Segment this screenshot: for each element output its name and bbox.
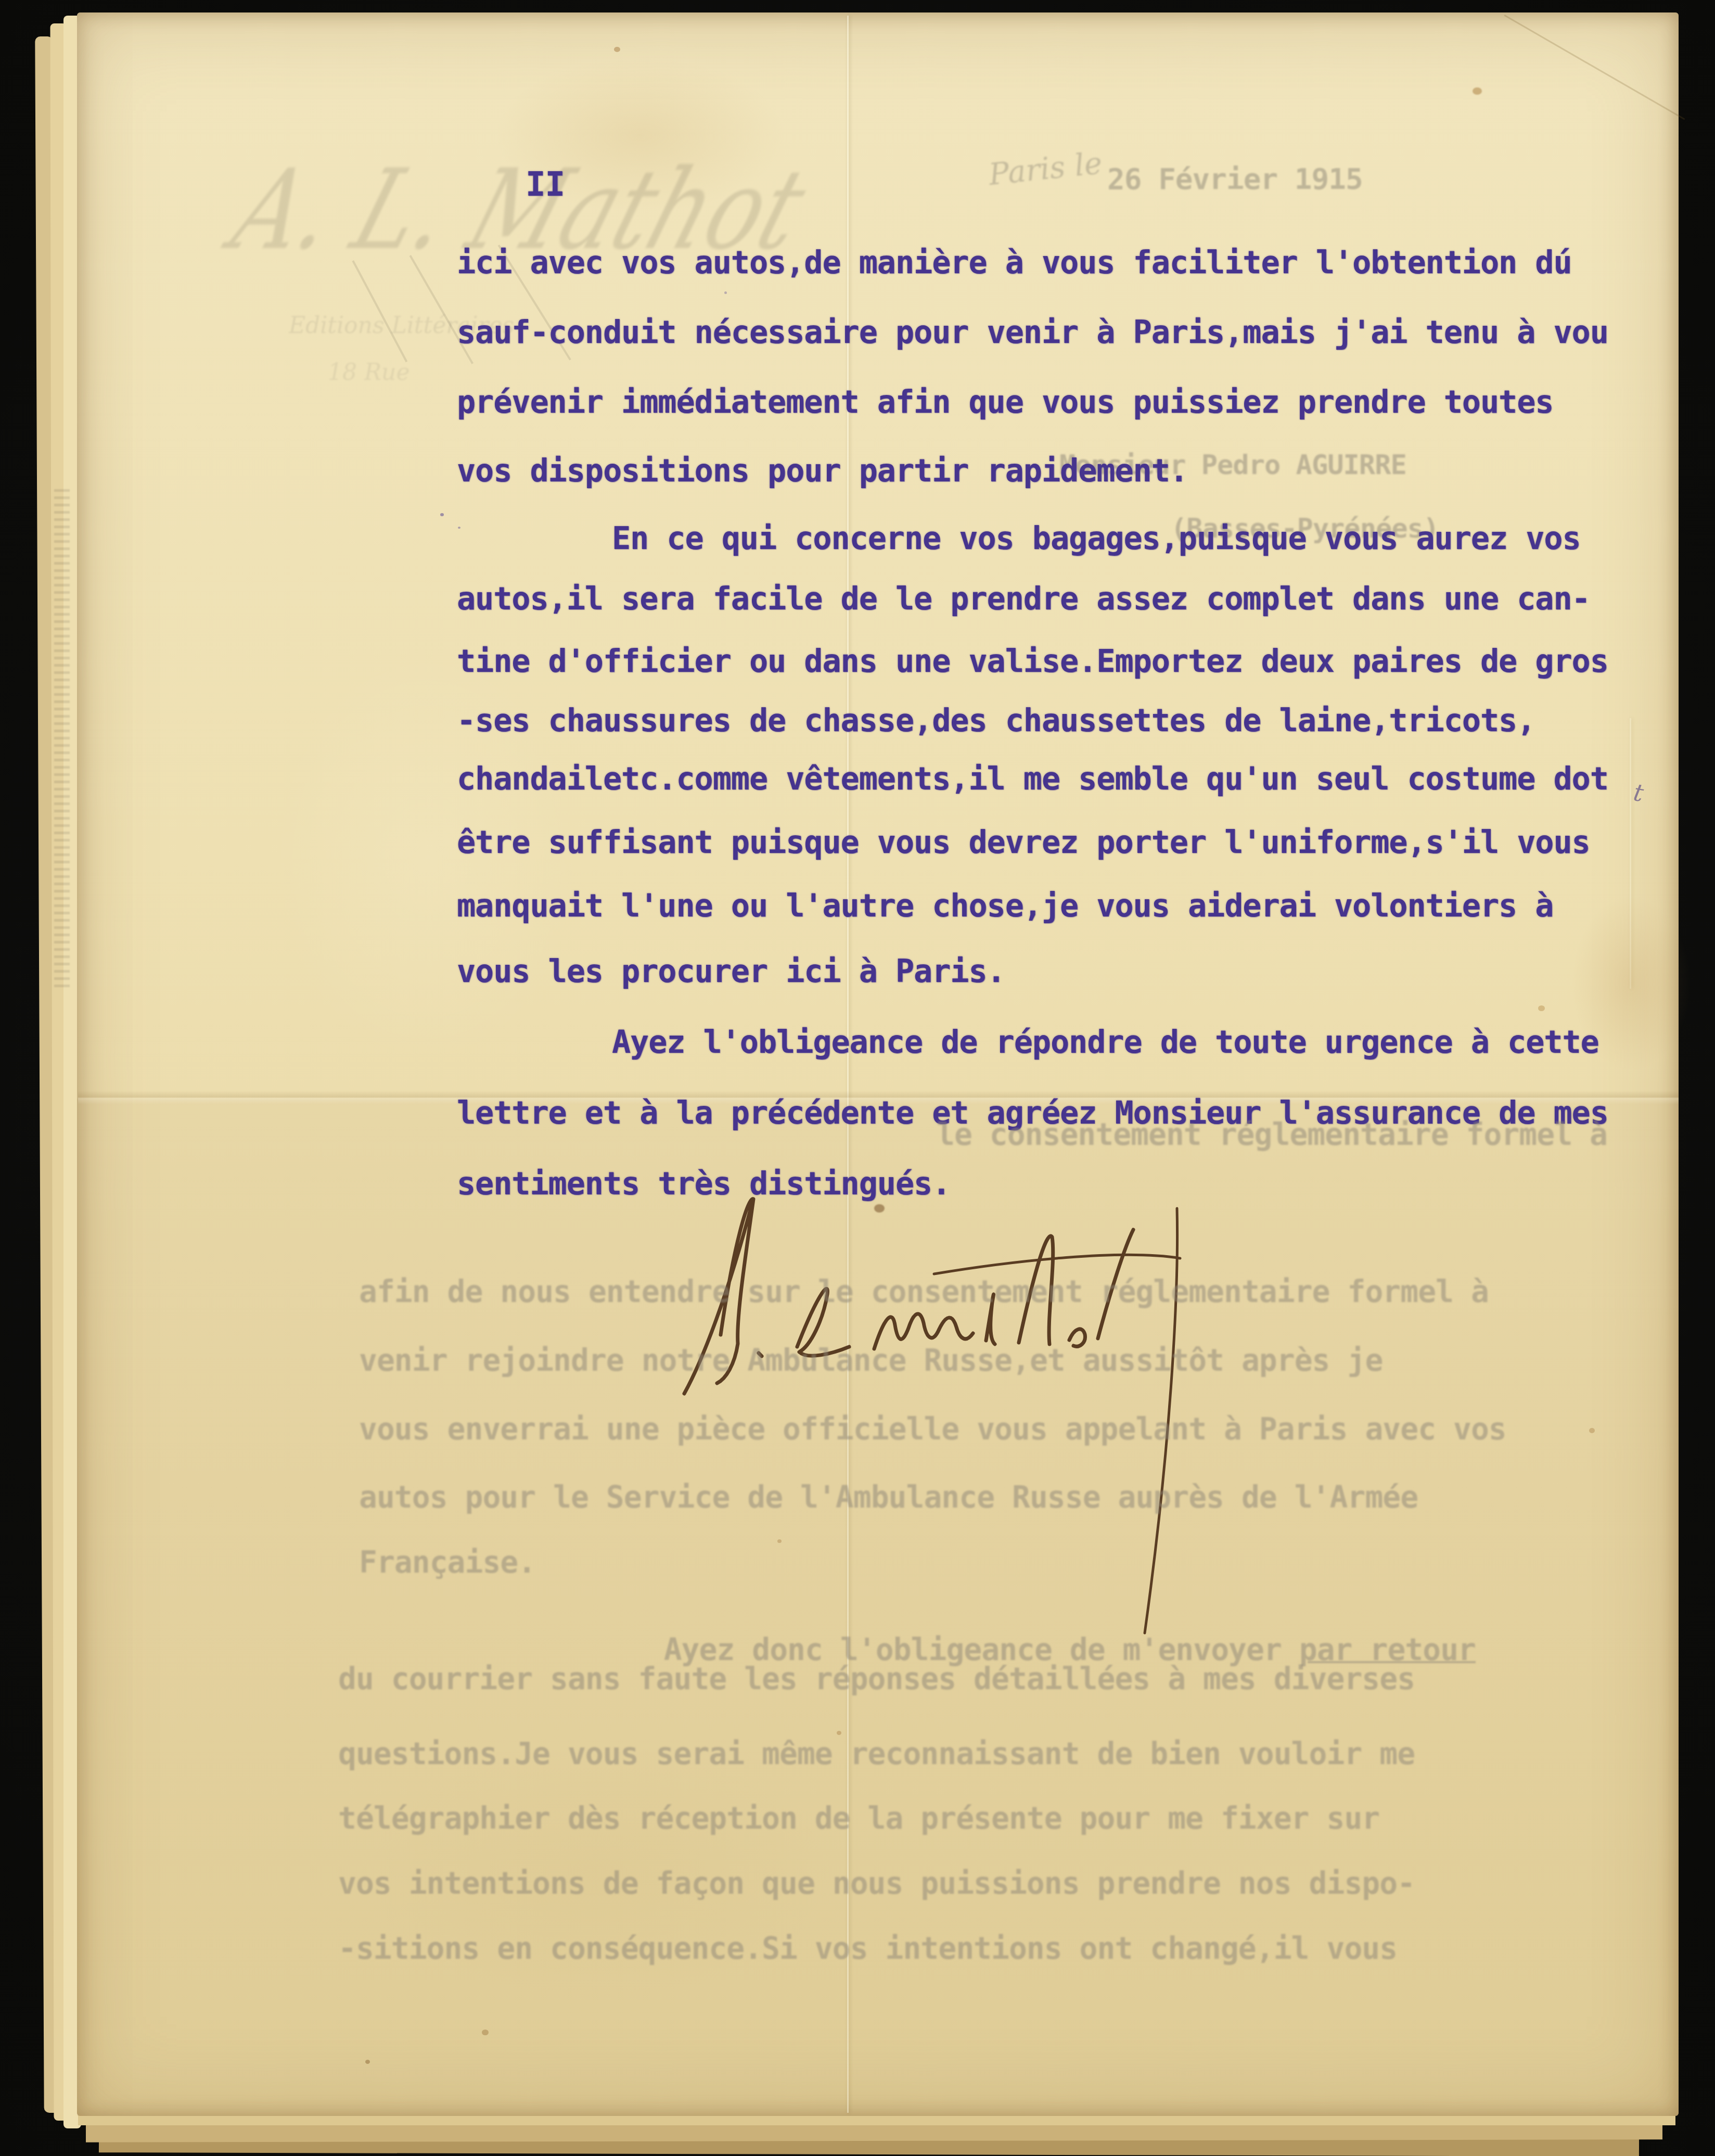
ghost-line: Française.	[359, 1545, 535, 1580]
page-number: II	[526, 165, 565, 204]
letter-line: manquait l'une ou l'autre chose,je vous …	[457, 888, 1553, 924]
ghost-line: vous enverrai une pièce officielle vous …	[359, 1411, 1506, 1447]
ghost-line: autos pour le Service de l'Ambulance Rus…	[359, 1479, 1418, 1515]
letter-line: sauf-conduit nécessaire pour venir à Par…	[457, 314, 1608, 351]
ghost-line: venir rejoindre notre Ambulance Russe,et…	[359, 1343, 1383, 1378]
letter-line: prévenir immédiatement afin que vous pui…	[457, 384, 1553, 420]
letter-line: -ses chaussures de chasse,des chaussette…	[457, 703, 1535, 739]
letter-line: chandailetc.comme vêtements,il me semble…	[457, 761, 1608, 797]
letter-line: En ce qui concerne vos bagages,puisque v…	[612, 520, 1581, 557]
ink-speck	[440, 513, 444, 516]
letter-line: tine d'officier ou dans une valise.Empor…	[457, 643, 1608, 680]
letter-line: ici avec vos autos,de manière à vous fac…	[457, 245, 1572, 281]
letter-line: Ayez l'obligeance de répondre de toute u…	[612, 1024, 1599, 1061]
ghost-line: du courrier sans faute les réponses déta…	[338, 1661, 1415, 1696]
ghost-letterhead-line: 18 Rue	[328, 359, 409, 386]
vertical-crease-right	[1630, 718, 1631, 989]
ink-speck	[724, 291, 727, 294]
ghost-line: -sitions en conséquence.Si vos intention…	[338, 1931, 1397, 1966]
ghost-line: vos intentions de façon que nous puissio…	[338, 1866, 1415, 1901]
letter-line: vous les procurer ici à Paris.	[457, 953, 1005, 990]
ink-speck	[458, 527, 460, 529]
scanned-letter-page: A. L. Mathot Editions Littéraires 18 Rue…	[0, 0, 1715, 2156]
letter-line: être suffisant puisque vous devrez porte…	[457, 824, 1590, 861]
left-margin-fine-print	[54, 489, 70, 989]
signature-autograph	[572, 1160, 1223, 1660]
ghost-line: questions.Je vous serai même reconnaissa…	[338, 1736, 1415, 1771]
letter-line: vos dispositions pour partir rapidement.	[457, 453, 1188, 489]
ghost-line: télégraphier dès réception de la présent…	[338, 1801, 1379, 1836]
letter-line: autos,il sera facile de le prendre assez…	[457, 581, 1590, 617]
ghost-fragment: le consentement réglementaire formel à	[937, 1117, 1607, 1152]
ghost-line: afin de nous entendre sur le consentemen…	[359, 1274, 1489, 1309]
ghost-date: 26 Février 1915	[1107, 162, 1363, 196]
